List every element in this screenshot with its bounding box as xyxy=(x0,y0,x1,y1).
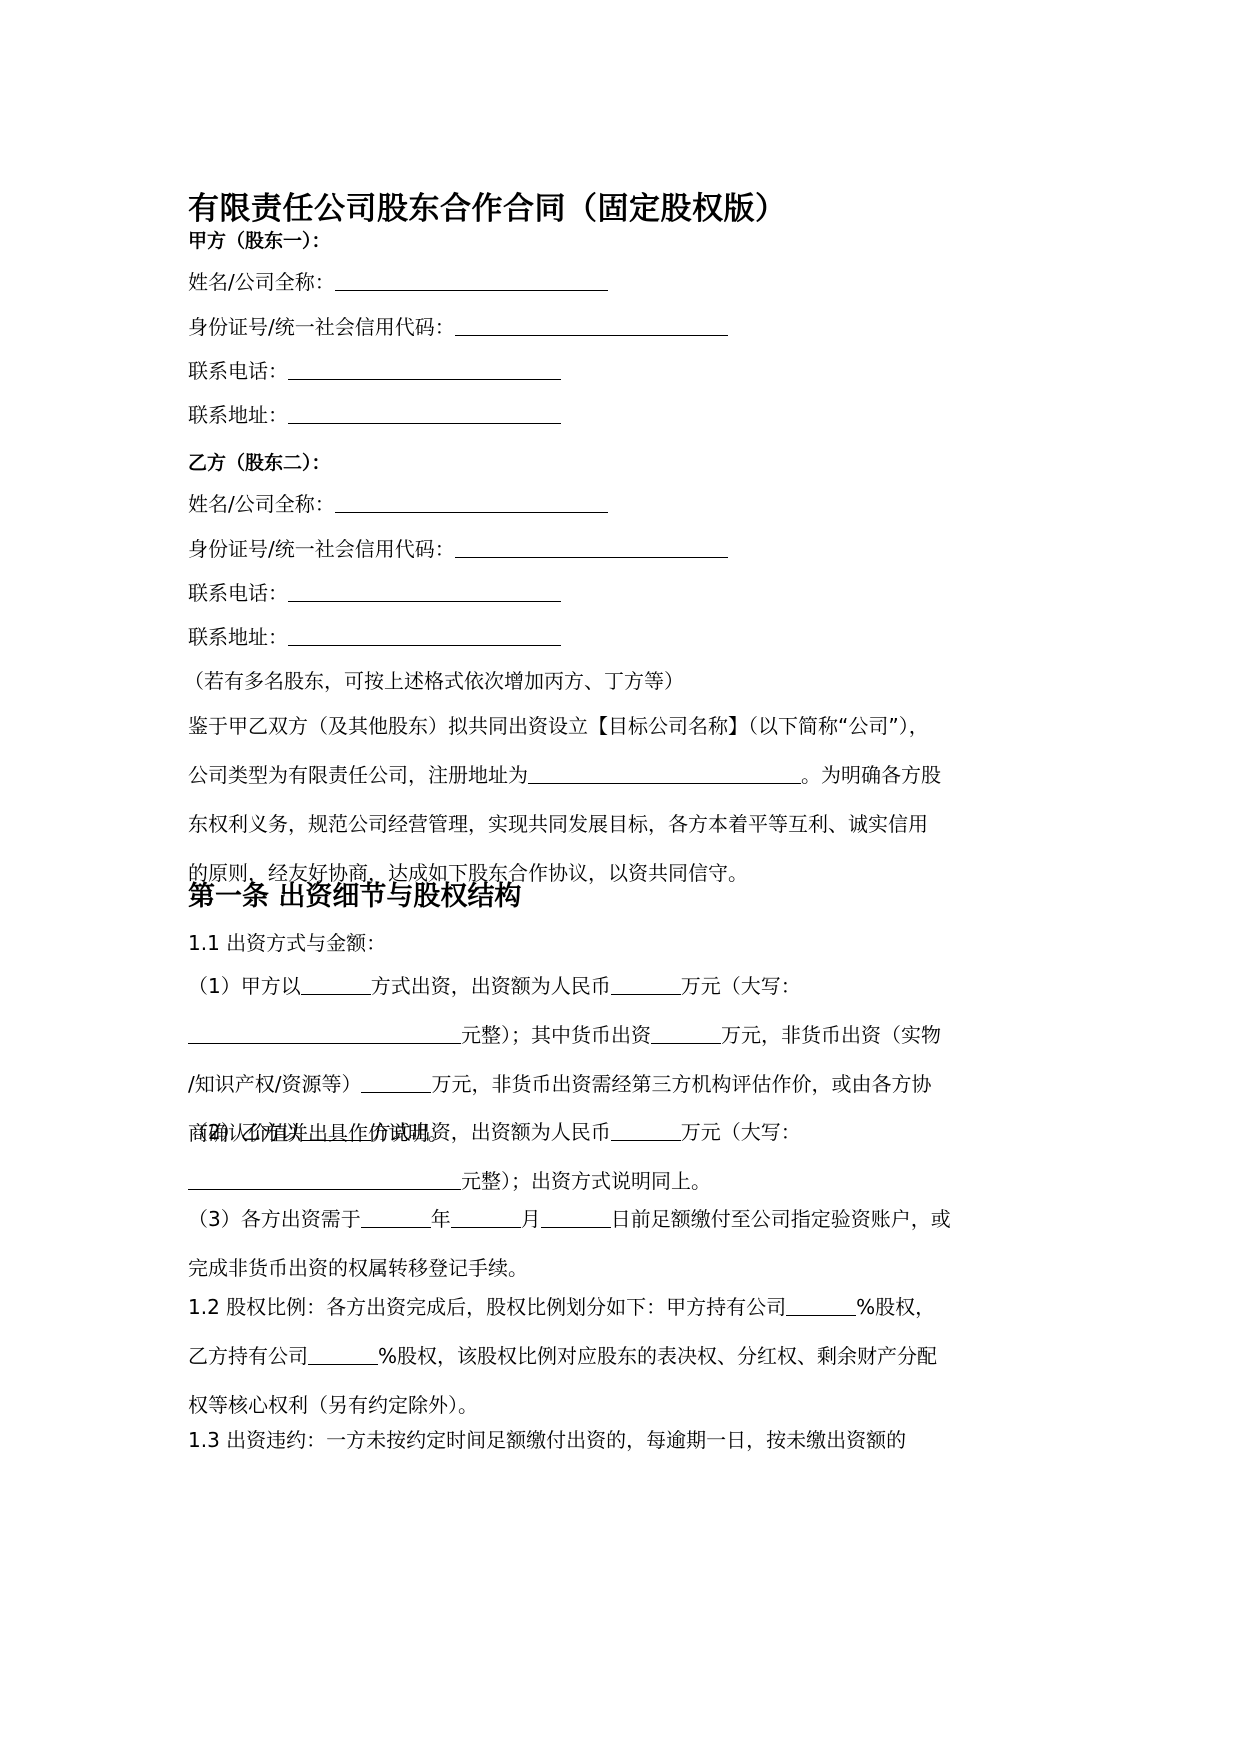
item-text: 年 xyxy=(431,1207,451,1231)
preamble-text: 。为明确各方股 xyxy=(801,763,941,787)
clause-1-1-item-3: （3）各方出资需于年月日前足额缴付至公司指定验资账户，或 完成非货币出资的权属转… xyxy=(188,1195,1058,1293)
item-text: 方式出资，出资额为人民币 xyxy=(371,1120,611,1144)
party-b-method-blank[interactable] xyxy=(301,1120,371,1141)
item-text: （2）乙方以 xyxy=(188,1120,301,1144)
party-a-amount-blank[interactable] xyxy=(611,974,681,995)
party-a-cash-blank[interactable] xyxy=(651,1023,721,1044)
item-text: 万元（大写： xyxy=(681,974,801,998)
item-text: 元整）；其中货币出资 xyxy=(461,1023,651,1047)
party-a-address-blank[interactable] xyxy=(288,403,561,424)
item-text: 日前足额缴付至公司指定验资账户，或 xyxy=(611,1207,951,1231)
clause-text: %股权，该股权比例对应股东的表决权、分红权、剩余财产分配 xyxy=(378,1344,937,1368)
party-a-heading: 甲方（股东一）： xyxy=(188,226,331,253)
clause-1-2-line-1: 1.2 股权比例：各方出资完成后，股权比例划分如下：甲方持有公司%股权， xyxy=(188,1283,1058,1332)
item-3-line-1: （3）各方出资需于年月日前足额缴付至公司指定验资账户，或 xyxy=(188,1195,1058,1244)
party-b-phone-field: 联系电话： xyxy=(188,579,561,606)
party-a-phone-field: 联系电话： xyxy=(188,357,561,384)
field-label: 联系电话： xyxy=(188,359,288,383)
item-text: 万元，非货币出资（实物 xyxy=(721,1023,941,1047)
deadline-month-blank[interactable] xyxy=(451,1207,521,1228)
party-b-heading: 乙方（股东二）： xyxy=(188,448,331,475)
item-text: 月 xyxy=(521,1207,541,1231)
party-a-name-field: 姓名/公司全称： xyxy=(188,268,608,295)
field-label: 联系地址： xyxy=(188,625,288,649)
party-a-phone-blank[interactable] xyxy=(288,359,561,380)
item-1-line-1: （1）甲方以方式出资，出资额为人民币万元（大写： xyxy=(188,962,1058,1011)
party-a-address-field: 联系地址： xyxy=(188,401,561,428)
item-text: （3）各方出资需于 xyxy=(188,1207,361,1231)
party-b-name-blank[interactable] xyxy=(335,492,608,513)
clause-1-3-line-1: 1.3 出资违约：一方未按约定时间足额缴付出资的，每逾期一日，按未缴出资额的 xyxy=(188,1416,1058,1465)
party-a-amount-words-blank[interactable] xyxy=(188,1023,461,1044)
party-a-id-field: 身份证号/统一社会信用代码： xyxy=(188,313,728,340)
preamble-text: 公司类型为有限责任公司，注册地址为 xyxy=(188,763,528,787)
clause-text: 1.2 股权比例：各方出资完成后，股权比例划分如下：甲方持有公司 xyxy=(188,1295,786,1319)
preamble-line-1: 鉴于甲乙双方（及其他股东）拟共同出资设立【目标公司名称】（以下简称“公司”）， xyxy=(188,702,1058,751)
party-a-name-blank[interactable] xyxy=(335,270,608,291)
clause-1-2-line-2: 乙方持有公司%股权，该股权比例对应股东的表决权、分红权、剩余财产分配 xyxy=(188,1332,1058,1381)
section-1-heading: 第一条 出资细节与股权结构 xyxy=(188,874,521,913)
party-b-equity-blank[interactable] xyxy=(308,1344,378,1365)
clause-1-3: 1.3 出资违约：一方未按约定时间足额缴付出资的，每逾期一日，按未缴出资额的 xyxy=(188,1416,1058,1465)
item-text: /知识产权/资源等） xyxy=(188,1072,361,1096)
party-b-id-blank[interactable] xyxy=(455,537,728,558)
field-label: 姓名/公司全称： xyxy=(188,270,335,294)
field-label: 身份证号/统一社会信用代码： xyxy=(188,537,455,561)
additional-parties-note: （若有多名股东，可按上述格式依次增加丙方、丁方等） xyxy=(184,668,684,694)
field-label: 联系地址： xyxy=(188,403,288,427)
deadline-day-blank[interactable] xyxy=(541,1207,611,1228)
clause-1-1-heading: 1.1 出资方式与金额： xyxy=(188,930,386,956)
party-b-phone-blank[interactable] xyxy=(288,581,561,602)
preamble-line-3: 东权利义务，规范公司经营管理，实现共同发展目标，各方本着平等互利、诚实信用 xyxy=(188,800,1058,849)
party-a-equity-blank[interactable] xyxy=(786,1295,856,1316)
party-b-address-field: 联系地址： xyxy=(188,623,561,650)
clause-1-2: 1.2 股权比例：各方出资完成后，股权比例划分如下：甲方持有公司%股权， 乙方持… xyxy=(188,1283,1058,1430)
item-text: 万元（大写： xyxy=(681,1120,801,1144)
preamble-paragraph: 鉴于甲乙双方（及其他股东）拟共同出资设立【目标公司名称】（以下简称“公司”）， … xyxy=(188,702,1058,898)
clause-text: 乙方持有公司 xyxy=(188,1344,308,1368)
field-label: 身份证号/统一社会信用代码： xyxy=(188,315,455,339)
item-text: （1）甲方以 xyxy=(188,974,301,998)
party-a-noncash-blank[interactable] xyxy=(361,1072,431,1093)
clause-1-1-item-2: （2）乙方以方式出资，出资额为人民币万元（大写： 元整）；出资方式说明同上。 xyxy=(188,1108,1058,1206)
clause-text: %股权， xyxy=(856,1295,935,1319)
party-b-name-field: 姓名/公司全称： xyxy=(188,490,608,517)
deadline-year-blank[interactable] xyxy=(361,1207,431,1228)
item-2-line-1: （2）乙方以方式出资，出资额为人民币万元（大写： xyxy=(188,1108,1058,1157)
document-title: 有限责任公司股东合作合同（固定股权版） xyxy=(188,183,787,228)
field-label: 联系电话： xyxy=(188,581,288,605)
preamble-line-2: 公司类型为有限责任公司，注册地址为。为明确各方股 xyxy=(188,751,1058,800)
item-1-line-3: /知识产权/资源等）万元，非货币出资需经第三方机构评估作价，或由各方协 xyxy=(188,1060,1058,1109)
party-a-id-blank[interactable] xyxy=(455,315,728,336)
item-text: 元整）；出资方式说明同上。 xyxy=(461,1169,711,1193)
item-text: 万元，非货币出资需经第三方机构评估作价，或由各方协 xyxy=(431,1072,931,1096)
party-b-amount-blank[interactable] xyxy=(611,1120,681,1141)
party-b-address-blank[interactable] xyxy=(288,625,561,646)
registered-address-blank[interactable] xyxy=(528,763,801,784)
party-a-method-blank[interactable] xyxy=(301,974,371,995)
party-b-amount-words-blank[interactable] xyxy=(188,1169,461,1190)
field-label: 姓名/公司全称： xyxy=(188,492,335,516)
item-text: 方式出资，出资额为人民币 xyxy=(371,974,611,998)
party-b-id-field: 身份证号/统一社会信用代码： xyxy=(188,535,728,562)
item-1-line-2: 元整）；其中货币出资万元，非货币出资（实物 xyxy=(188,1011,1058,1060)
